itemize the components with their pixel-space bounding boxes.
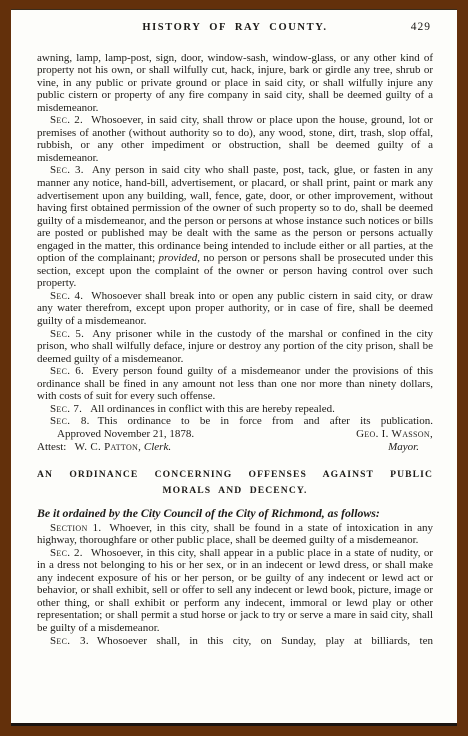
text-segment: Whosoever, in said city, shall throw or … — [37, 114, 433, 164]
paragraph: Sec. 3.Any person in said city who shall… — [37, 164, 433, 289]
text-segment: awning, lamp, lamp-post, sign, door, win… — [37, 52, 433, 114]
text-segment: provided — [159, 252, 198, 264]
signature-left: Approved November 21, 1878. — [37, 428, 194, 441]
ordinance-heading: AN ORDINANCE CONCERNING OFFENSES AGAINST… — [37, 467, 433, 499]
book-page: HISTORY OF RAY COUNTY. 429 awning, lamp,… — [11, 9, 457, 726]
paragraph: awning, lamp, lamp-post, sign, door, win… — [37, 52, 433, 115]
scanned-book-page: { "colors": { "frame_brown": "#63300b", … — [0, 0, 468, 736]
signature-row: Attest: W. C. Patton, Clerk.Mayor. — [37, 441, 433, 454]
text-segment: Whosoever shall, in this city, on Sunday… — [97, 635, 433, 647]
section-label: Sec. 5. — [50, 328, 84, 340]
paragraph: Sec. 8.This ordinance to be in force fro… — [37, 415, 433, 428]
text-segment: Mayor. — [388, 441, 419, 453]
page-content: HISTORY OF RAY COUNTY. 429 awning, lamp,… — [11, 10, 457, 647]
section-label: Sec. 3. — [50, 164, 84, 176]
enacting-clause: Be it ordained by the City Council of th… — [37, 507, 433, 520]
signature-right: Mayor. — [388, 441, 433, 454]
paragraph: Section 1.Whoever, in this city, shall b… — [37, 522, 433, 547]
section-label: Sec. 6. — [50, 365, 84, 377]
paragraph: Sec. 3.Whosoever shall, in this city, on… — [37, 635, 433, 648]
running-title: HISTORY OF RAY COUNTY. — [142, 22, 327, 33]
text-segment: AN ORDINANCE CONCERNING OFFENSES AGAINST… — [37, 469, 433, 496]
paragraph: Sec. 4.Whosoever shall break into or ope… — [37, 290, 433, 328]
text-segment: Any prisoner while in the custody of the… — [37, 328, 433, 365]
text-segment: This ordinance to be in force from and a… — [98, 415, 433, 427]
text-segment: Be it ordained by the City Council of th… — [37, 506, 380, 520]
text-segment: All ordinances in conflict with this are… — [90, 403, 335, 415]
text-segment: Whosoever shall break into or open any p… — [37, 290, 433, 327]
section-label: Sec. 2. — [50, 547, 83, 559]
paragraph: Sec. 2.Whosoever, in this city, shall ap… — [37, 547, 433, 635]
section-label: Section 1. — [50, 522, 101, 534]
paragraph: Sec. 5.Any prisoner while in the custody… — [37, 328, 433, 366]
text-segment: Attest: — [37, 441, 75, 453]
text-segment: Geo. I. Wasson, — [356, 428, 433, 440]
signature-right: Geo. I. Wasson, — [356, 428, 433, 441]
section-label: Sec. 8. — [50, 415, 90, 427]
running-head: HISTORY OF RAY COUNTY. 429 — [37, 22, 433, 35]
paragraph: Sec. 6.Every person found guilty of a mi… — [37, 365, 433, 403]
section-label: Sec. 3. — [50, 635, 89, 647]
text-segment: Whosoever, in this city, shall appear in… — [37, 547, 433, 634]
ordinance-text: awning, lamp, lamp-post, sign, door, win… — [37, 52, 433, 648]
text-segment: Clerk. — [141, 441, 171, 453]
paragraph: Sec. 7.All ordinances in conflict with t… — [37, 403, 433, 416]
section-label: Sec. 7. — [50, 403, 82, 415]
text-segment: Any person in said city who shall paste,… — [37, 164, 433, 264]
section-label: Sec. 2. — [50, 114, 83, 126]
text-segment: Approved November 21, 1878. — [57, 428, 194, 440]
page-number: 429 — [411, 21, 431, 34]
text-segment: W. C. Patton, — [75, 441, 142, 453]
signature-row: Approved November 21, 1878.Geo. I. Wasso… — [37, 428, 433, 441]
text-segment: Every person found guilty of a misdemean… — [37, 365, 433, 402]
section-label: Sec. 4. — [50, 290, 83, 302]
signature-left: Attest: W. C. Patton, Clerk. — [37, 441, 171, 454]
paragraph: Sec. 2.Whosoever, in said city, shall th… — [37, 114, 433, 164]
